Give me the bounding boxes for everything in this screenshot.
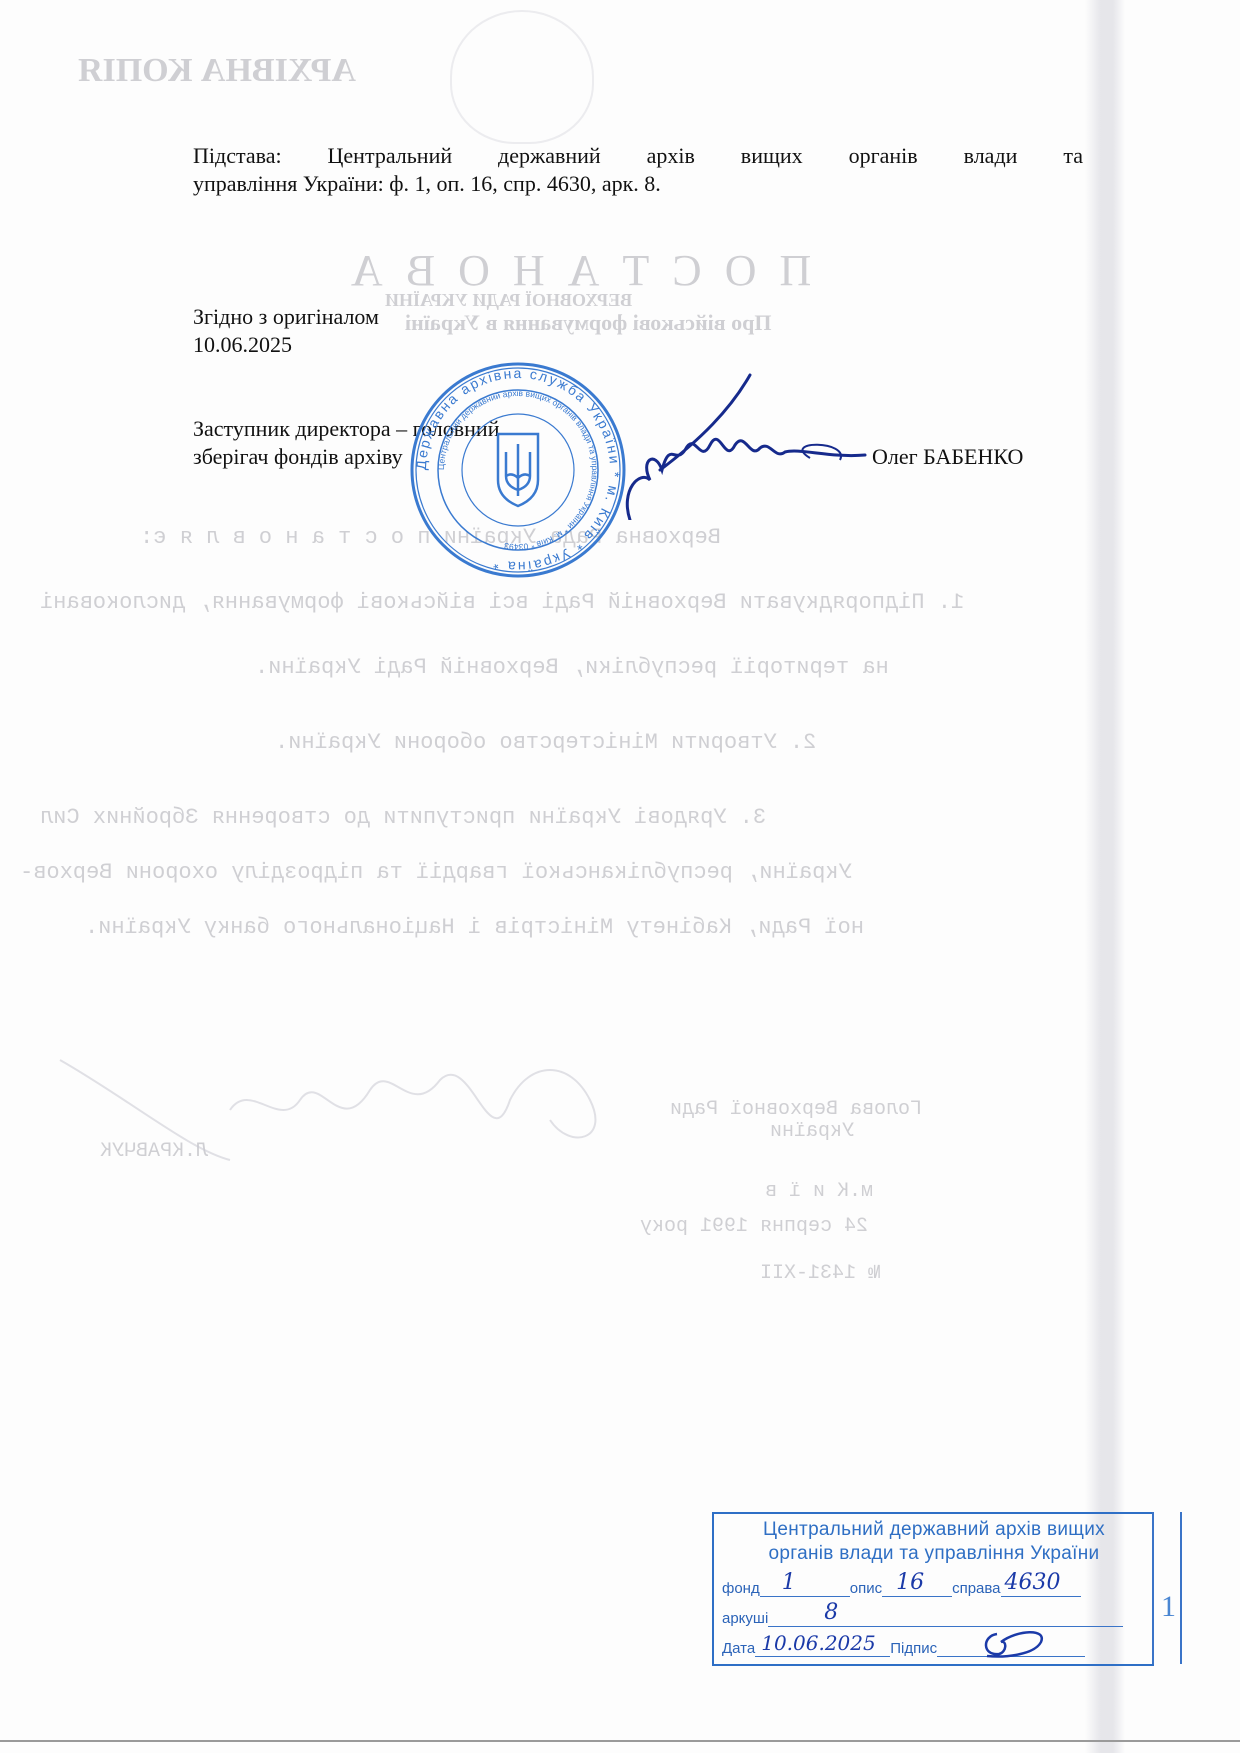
ghost-item3c: ної Ради, Кабінету Міністрів і Національ…	[85, 915, 864, 940]
ghost-item1b: на території республіки, Верховній Раді …	[255, 655, 889, 680]
ghost-title: П О С Т А Н О В А	[345, 245, 811, 296]
scan-fold-shadow	[1085, 0, 1125, 1753]
ghost-date: 24 серпня 1991 року	[640, 1215, 868, 1238]
opys-label: опис	[850, 1580, 882, 1597]
arkushi-value: 8	[824, 1600, 838, 1625]
ghost-emblem	[450, 10, 594, 144]
fond-value: 1	[782, 1570, 796, 1595]
handwritten-signature	[600, 370, 870, 520]
stamp-signature	[977, 1626, 1057, 1660]
date-label: Дата	[722, 1640, 755, 1657]
page-number: 1	[1161, 1590, 1176, 1624]
date-value: 10.06.2025	[761, 1631, 876, 1655]
official-seal-icon: Державна архівна служба України * м. Киї…	[408, 360, 628, 580]
trident-emblem-icon	[498, 434, 538, 506]
page-bottom-edge	[0, 1740, 1240, 1742]
basis-reference: Підстава: Центральний державний архів ви…	[193, 142, 1083, 198]
archive-stamp: Центральний державний архів вищих органі…	[712, 1512, 1154, 1666]
ghost-sign-title1: Голова Верховної Ради	[670, 1098, 922, 1121]
ghost-item1a: 1. Підпорядкувати Верховній Раді всі вій…	[40, 590, 964, 615]
sprava-label: справа	[952, 1580, 1000, 1597]
stamp-row-fond: фонд1опис16справа4630	[722, 1576, 1081, 1597]
certification-label: Згідно з оригіналом	[193, 303, 379, 331]
ghost-signature	[50, 1040, 610, 1200]
ghost-place: м.К и ї в	[765, 1180, 873, 1203]
signatory-name: Олег БАБЕНКО	[872, 443, 1023, 471]
stamp-row-arkushi: аркуші8	[722, 1606, 1123, 1627]
signatory-position-line-2: зберігач фондів архіву	[193, 443, 403, 471]
ghost-item2: 2. Утворити Міністерство оборони України…	[275, 730, 816, 755]
stamp-margin-line	[1180, 1512, 1182, 1664]
fond-label: фонд	[722, 1580, 760, 1597]
ghost-sign-title2: України	[770, 1120, 854, 1143]
signature-label: Підпис	[890, 1640, 937, 1657]
stamp-title-line-2: органів влади та управління України	[714, 1542, 1154, 1566]
ghost-archive-copy-stamp: АРХІВНА КОПІЯ	[78, 52, 356, 90]
ghost-item3a: 3. Урядові України приступити до створен…	[40, 805, 766, 830]
certification-date: 10.06.2025	[193, 331, 292, 359]
stamp-title-line-1: Центральний державний архів вищих	[714, 1518, 1154, 1542]
stamp-right-border	[1152, 1512, 1154, 1664]
basis-line-2: управління України: ф. 1, оп. 16, спр. 4…	[193, 171, 661, 196]
ghost-subtitle: ВЕРХОВНОЇ РАДИ УКРАЇНИ	[385, 290, 632, 311]
arkushi-label: аркуші	[722, 1610, 768, 1627]
ghost-subject: Про військові формування в Україні	[405, 310, 772, 336]
basis-line-1: Підстава: Центральний державний архів ви…	[193, 142, 1083, 170]
sprava-value: 4630	[1005, 1570, 1061, 1595]
stamp-row-date: Дата10.06.2025Підпис	[722, 1636, 1085, 1657]
ghost-item3b: України, республіканської гвардії та під…	[20, 860, 852, 885]
opys-value: 16	[896, 1570, 924, 1595]
ghost-number: № 1431-XII	[760, 1262, 880, 1285]
